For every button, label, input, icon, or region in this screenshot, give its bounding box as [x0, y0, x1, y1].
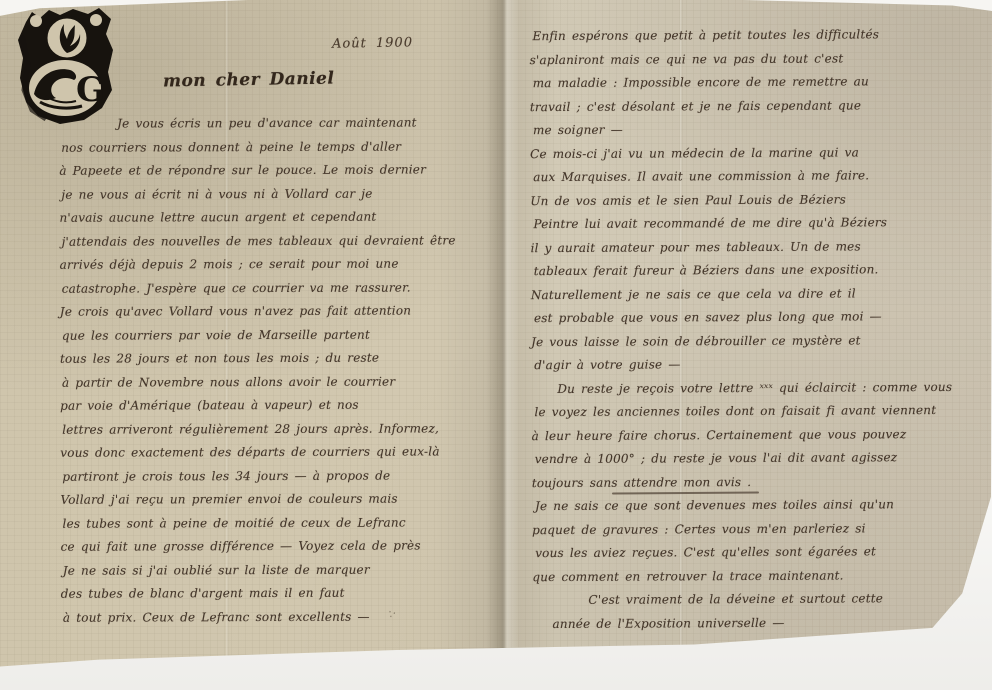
letter-line: est probable que vous en savez plus long…	[534, 305, 967, 331]
letter-line: Vollard j'ai reçu un premier envoi de co…	[60, 487, 486, 512]
letter-photo: G Août 1900 mon cher Daniel Je vous écri…	[0, 0, 992, 690]
letter-line: C'est vraiment de la déveine et surtout …	[588, 587, 968, 612]
letter-line: me soigner —	[533, 117, 966, 143]
letter-line: nos courriers nous donnent à peine le te…	[61, 135, 485, 160]
letter-line: à partir de Novembre nous allons avoir l…	[62, 370, 486, 395]
letter-line: le voyez les anciennes toiles dont on fa…	[534, 399, 967, 425]
letter-line: il y aurait amateur pour mes tableaux. U…	[531, 234, 967, 260]
letter-line: ma maladie : Impossible encore de me rem…	[533, 70, 966, 96]
letter-line: Je ne sais ce que sont devenues mes toil…	[535, 493, 968, 519]
letter-line: tableaux ferait fureur à Béziers dans un…	[534, 258, 967, 284]
letter-line: Enfin espérons que petit à petit toutes …	[532, 23, 965, 49]
fold-crease-center	[486, 0, 520, 690]
letter-line: Je vous écris un peu d'avance car mainte…	[59, 111, 485, 136]
letter-line: que comment en retrouver la trace mainte…	[532, 563, 968, 589]
letter-line: à tout prix. Ceux de Lefranc sont excell…	[63, 605, 487, 630]
letter-line: à leur heure faire chorus. Certainement …	[531, 422, 967, 448]
letter-line: ce qui fait une grosse différence — Voye…	[61, 534, 487, 559]
letter-line: les tubes sont à peine de moitié de ceux…	[62, 511, 486, 536]
letter-line: vous donc exactement des départs de cour…	[60, 440, 486, 465]
letter-line: d'agir à votre guise —	[534, 352, 967, 378]
letter-line: tous les 28 jours et non tous les mois ;…	[60, 346, 486, 371]
letter-line: partiront je crois tous les 34 jours — à…	[62, 464, 486, 489]
letter-line: vous les aviez reçues. C'est qu'elles so…	[535, 540, 968, 566]
stamp-notch-left	[30, 15, 42, 27]
letter-line: Ce mois-ci j'ai vu un médecin de la mari…	[530, 140, 966, 166]
letter-line: j'attendais des nouvelles de mes tableau…	[62, 229, 486, 254]
letter-line: à Papeete et de répondre sur le pouce. L…	[59, 158, 485, 183]
letter-line: Peintre lui avait recommandé de me dire …	[533, 211, 966, 237]
letter-line: lettres arriveront régulièrement 28 jour…	[62, 417, 486, 442]
letter-line: par voie d'Amérique (bateau à vapeur) et…	[60, 393, 486, 418]
stamp-notch-right	[90, 14, 102, 26]
letter-line: Naturellement je ne sais ce que cela va …	[531, 281, 967, 307]
letter-line: travail ; c'est désolant et je ne fais c…	[530, 93, 966, 119]
letter-line: arrivés déjà depuis 2 mois ; ce serait p…	[60, 252, 486, 277]
letter-line: Je vous laisse le soin de débrouiller ce…	[531, 328, 967, 354]
letter-line: je ne vous ai écrit ni à vous ni à Volla…	[61, 182, 485, 207]
letter-line: aux Marquises. Il avait une commission à…	[533, 164, 966, 190]
letter-line: Je ne sais si j'ai oublié sur la liste d…	[63, 558, 487, 583]
letter-line: s'aplaniront mais ce qui ne va pas du to…	[530, 46, 966, 72]
letter-line: Un de vos amis et le sien Paul Louis de …	[530, 187, 966, 213]
woodcut-monogram-stamp: G	[16, 6, 118, 128]
letter-line: n'avais aucune lettre aucun argent et ce…	[59, 205, 485, 230]
stamp-letter-g: G	[76, 70, 105, 110]
letter-line: catastrophe. J'espère que ce courrier va…	[62, 276, 486, 301]
letter-line: Du reste je reçois votre lettre ˣˣˣ qui …	[557, 375, 967, 401]
letter-right-page: Enfin espérons que petit à petit toutes …	[529, 23, 968, 636]
letter-left-page: Je vous écris un peu d'avance car mainte…	[59, 111, 487, 629]
letter-line: paquet de gravures : Certes vous m'en pa…	[532, 516, 968, 542]
letter-date: Août 1900	[332, 35, 413, 51]
letter-salutation: mon cher Daniel	[163, 69, 335, 92]
letter-line: Je crois qu'avec Vollard vous n'avez pas…	[60, 299, 486, 324]
letter-line: des tubes de blanc d'argent mais il en f…	[61, 581, 487, 606]
letter-line: vendre à 1000° ; du reste je vous l'ai d…	[535, 446, 968, 472]
letter-line: que les courriers par voie de Marseille …	[62, 323, 486, 348]
letter-paper: G Août 1900 mon cher Daniel Je vous écri…	[0, 0, 992, 690]
